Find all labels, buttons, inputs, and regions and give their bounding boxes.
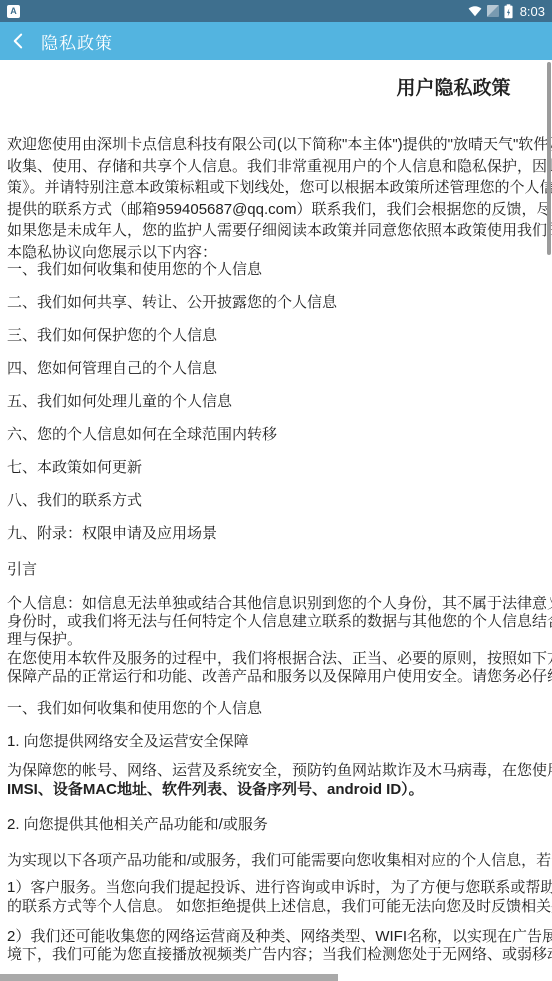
toc-item: 三、我们如何保护您的个人信息 — [7, 319, 552, 352]
toc-item: 六、您的个人信息如何在全球范围内转移 — [7, 418, 552, 451]
doc-line: 一、我们如何收集和使用您的个人信息 — [7, 698, 552, 720]
doc-line: 四、您如何管理自己的个人信息 — [7, 352, 552, 385]
doc-line: 欢迎您使用由深圳卡点信息科技有限公司(以下简称"本主体")提供的"放晴天气"软件… — [7, 134, 552, 156]
vertical-scrollbar[interactable] — [547, 62, 551, 255]
doc-paragraph: 一、我们如何收集和使用您的个人信息 — [7, 698, 552, 720]
status-bar: A 8:03 — [0, 0, 552, 22]
document-body: 用户隐私政策欢迎您使用由深圳卡点信息科技有限公司(以下简称"本主体")提供的"放… — [0, 76, 552, 965]
page-title: 隐私政策 — [41, 29, 113, 54]
doc-line: 2）我们还可能收集您的网络运营商及种类、网络类型、WIFI名称，以实现在广告展示… — [7, 928, 552, 946]
app-header: 隐私政策 — [0, 22, 552, 60]
doc-paragraph: 个人信息：如信息无法单独或结合其他信息识别到您的个人身份，其不属于法律意义上您的… — [7, 595, 552, 687]
doc-paragraph: 1）客户服务。当您向我们提起投诉、进行咨询或申诉时，为了方便与您联系或帮助您解决… — [7, 879, 552, 916]
doc-line: 引言 — [7, 559, 552, 581]
doc-line: 在您使用本软件及服务的过程中，我们将根据合法、正当、必要的原则，按照如下方式收集… — [7, 650, 552, 668]
status-notifications: A — [7, 5, 20, 18]
doc-line: 用户隐私政策 — [7, 76, 552, 102]
doc-line: 策》。并请特别注意本政策标粗或下划线处，您可以根据本政策所述管理您的个人信息以及… — [7, 177, 552, 199]
doc-line: 七、本政策如何更新 — [7, 451, 552, 484]
status-clock: 8:03 — [520, 4, 545, 19]
doc-line: IMSI、设备MAC地址、软件列表、设备序列号、android ID）。 — [7, 781, 552, 799]
toc-item: 七、本政策如何更新 — [7, 451, 552, 484]
doc-paragraph: 欢迎您使用由深圳卡点信息科技有限公司(以下简称"本主体")提供的"放晴天气"软件… — [7, 134, 552, 263]
doc-line: 九、附录：权限申请及应用场景 — [7, 517, 552, 550]
doc-line: 六、您的个人信息如何在全球范围内转移 — [7, 418, 552, 451]
wifi-icon — [468, 5, 482, 17]
doc-line: 个人信息：如信息无法单独或结合其他信息识别到您的个人身份，其不属于法律意义上您的… — [7, 595, 552, 613]
doc-paragraph: 为实现以下各项产品功能和/或服务，我们可能需要向您收集相对应的个人信息，若您拒绝… — [7, 850, 552, 872]
doc-paragraph: 引言 — [7, 559, 552, 581]
toc-item: 五、我们如何处理儿童的个人信息 — [7, 385, 552, 418]
no-sim-icon — [487, 5, 499, 17]
status-icons: 8:03 — [468, 4, 545, 19]
doc-line: 三、我们如何保护您的个人信息 — [7, 319, 552, 352]
doc-paragraph: 为保障您的帐号、网络、运营及系统安全，预防钓鱼网站欺诈及木马病毒，在您使用本产品… — [7, 762, 552, 799]
doc-line: 的联系方式等个人信息。 如您拒绝提供上述信息，我们可能无法向您及时反馈相关处理结… — [7, 898, 552, 916]
horizontal-scrollbar[interactable] — [0, 974, 338, 981]
toc-item: 四、您如何管理自己的个人信息 — [7, 352, 552, 385]
doc-line: 一、我们如何收集和使用您的个人信息 — [7, 253, 552, 286]
doc-line: 保障产品的正常运行和功能、改善产品和服务以及保障用户使用安全。请您务必仔细阅读并… — [7, 668, 552, 686]
document-title: 用户隐私政策 — [7, 76, 552, 102]
policy-scroll-area[interactable]: 用户隐私政策欢迎您使用由深圳卡点信息科技有限公司(以下简称"本主体")提供的"放… — [0, 60, 552, 981]
toc-item: 一、我们如何收集和使用您的个人信息 — [7, 253, 552, 286]
doc-line: 二、我们如何共享、转让、公开披露您的个人信息 — [7, 286, 552, 319]
doc-paragraph: 2）我们还可能收集您的网络运营商及种类、网络类型、WIFI名称，以实现在广告展示… — [7, 928, 552, 965]
battery-charging-icon — [504, 4, 513, 19]
doc-line: 1. 向您提供网络安全及运营安全保障 — [7, 731, 552, 753]
doc-line: 2. 向您提供其他相关产品功能和/或服务 — [7, 814, 552, 836]
doc-line: 如果您是未成年人，您的监护人需要仔细阅读本政策并同意您依照本政策使用我们的产品及… — [7, 220, 552, 242]
app-screen: A 8:03 隐私政策 用户隐私政策欢迎您使用由深圳卡点信息科技有限公司(以下简… — [0, 0, 552, 981]
doc-line: 身份时，或我们将无法与任何特定个人信息建立联系的数据与其他您的个人信息结合使用时… — [7, 613, 552, 631]
doc-line: 提供的联系方式（邮箱959405687@qq.com）联系我们，我们会根据您的反… — [7, 199, 552, 221]
toc-item: 九、附录：权限申请及应用场景 — [7, 517, 552, 550]
doc-line: 境下，我们可能为您直接播放视频类广告内容；当我们检测您处于无网络、或弱移动网络的… — [7, 946, 552, 964]
notification-app-icon: A — [7, 5, 20, 18]
back-button[interactable] — [12, 28, 27, 54]
doc-line: 1）客户服务。当您向我们提起投诉、进行咨询或申诉时，为了方便与您联系或帮助您解决… — [7, 879, 552, 897]
doc-line: 为实现以下各项产品功能和/或服务，我们可能需要向您收集相对应的个人信息，若您拒绝… — [7, 850, 552, 872]
doc-line: 收集、使用、存储和共享个人信息。我们非常重视用户的个人信息和隐私保护，因此在您使… — [7, 156, 552, 178]
doc-line: 五、我们如何处理儿童的个人信息 — [7, 385, 552, 418]
doc-paragraph: 2. 向您提供其他相关产品功能和/或服务 — [7, 814, 552, 836]
doc-line: 理与保护。 — [7, 631, 552, 649]
doc-paragraph: 1. 向您提供网络安全及运营安全保障 — [7, 731, 552, 753]
doc-line: 为保障您的帐号、网络、运营及系统安全，预防钓鱼网站欺诈及木马病毒，在您使用本产品… — [7, 762, 552, 780]
toc-item: 八、我们的联系方式 — [7, 484, 552, 517]
chevron-left-icon — [12, 32, 23, 50]
doc-line: 八、我们的联系方式 — [7, 484, 552, 517]
toc-item: 二、我们如何共享、转让、公开披露您的个人信息 — [7, 286, 552, 319]
